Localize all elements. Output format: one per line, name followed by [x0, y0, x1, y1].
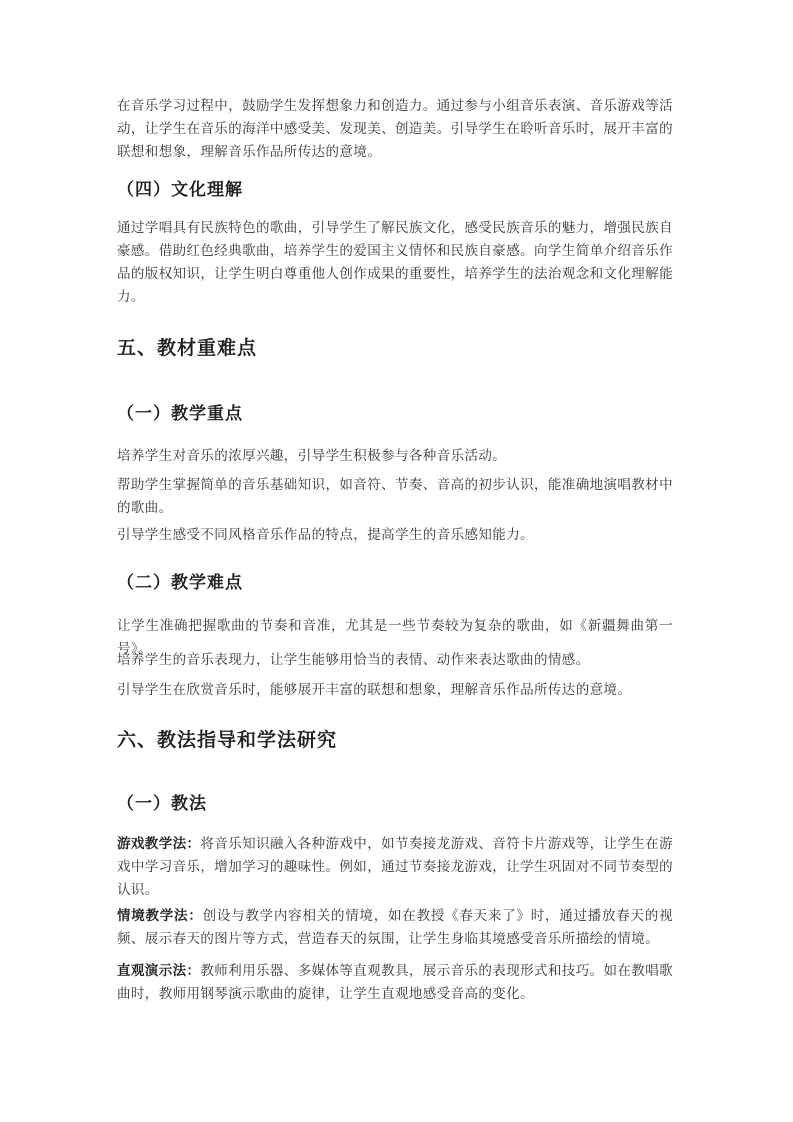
- method-game-text: 将音乐知识融入各种游戏中，如节奏接龙游戏、音符卡片游戏等，让学生在游戏中学习音乐…: [117, 836, 673, 897]
- document-page: 在音乐学习过程中，鼓励学生发挥想象力和创造力。通过参与小组音乐表演、音乐游戏等活…: [0, 0, 793, 1122]
- paragraph-culture-understanding: 通过学唱具有民族特色的歌曲，引导学生了解民族文化，感受民族音乐的魅力，增强民族自…: [117, 216, 673, 308]
- paragraph-method-situation: 情境教学法：创设与教学内容相关的情境，如在教授《春天来了》时，通过播放春天的视频…: [117, 904, 673, 950]
- method-demonstration-text: 教师利用乐器、多媒体等直观教具，展示音乐的表现形式和技巧。如在教唱歌曲时，教师用…: [117, 963, 673, 1001]
- paragraph-method-game: 游戏教学法：将音乐知识融入各种游戏中，如节奏接龙游戏、音符卡片游戏等，让学生在游…: [117, 832, 673, 901]
- paragraph-focus-perception: 引导学生感受不同风格音乐作品的特点，提高学生的音乐感知能力。: [117, 523, 673, 546]
- paragraph-focus-interest: 培养学生对音乐的浓厚兴趣，引导学生积极参与各种音乐活动。: [117, 444, 673, 467]
- subsection-heading-teaching-focus: （一）教学重点: [117, 401, 673, 426]
- section-heading-teaching-method-guidance: 六、教法指导和学法研究: [117, 728, 673, 754]
- paragraph-difficulty-expression: 培养学生的音乐表现力，让学生能够用恰当的表情、动作来表达歌曲的情感。: [117, 648, 673, 671]
- paragraph-method-demonstration: 直观演示法：教师利用乐器、多媒体等直观教具，展示音乐的表现形式和技巧。如在教唱歌…: [117, 959, 673, 1005]
- subsection-heading-culture-understanding: （四）文化理解: [117, 177, 673, 202]
- method-game-label: 游戏教学法：: [117, 836, 200, 851]
- paragraph-focus-basics: 帮助学生掌握简单的音乐基础知识，如音符、节奏、音高的初步认识，能准确地演唱教材中…: [117, 473, 673, 519]
- section-heading-key-difficult-points: 五、教材重难点: [117, 336, 673, 362]
- subsection-heading-teaching-difficulty: （二）教学难点: [117, 570, 673, 595]
- paragraph-aesthetic-experience: 在音乐学习过程中，鼓励学生发挥想象力和创造力。通过参与小组音乐表演、音乐游戏等活…: [117, 94, 673, 163]
- method-situation-label: 情境教学法：: [117, 908, 203, 923]
- paragraph-difficulty-imagination: 引导学生在欣赏音乐时，能够展开丰富的联想和想象，理解音乐作品所传达的意境。: [117, 678, 673, 701]
- method-demonstration-label: 直观演示法：: [117, 963, 200, 978]
- subsection-heading-teaching-methods: （一）教法: [117, 791, 673, 816]
